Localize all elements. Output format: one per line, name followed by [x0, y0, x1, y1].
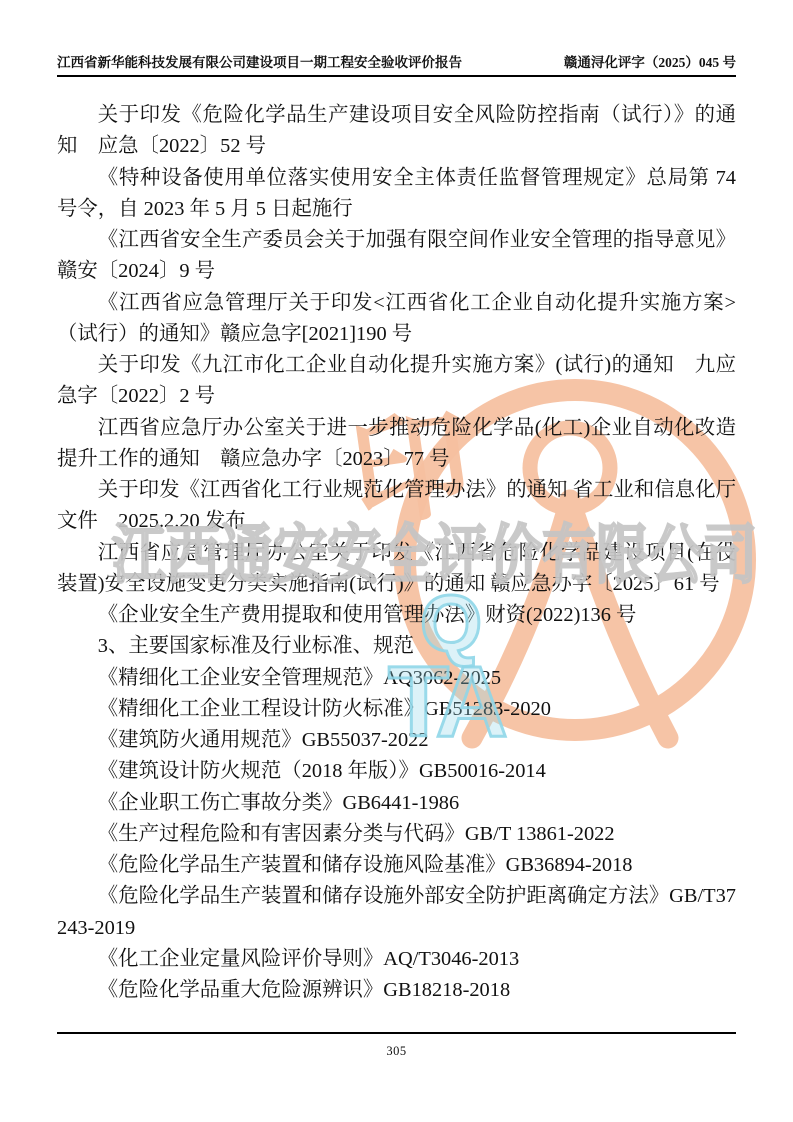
paragraph: 《危险化学品生产装置和储存设施风险基准》GB36894-2018 [57, 850, 736, 881]
document-page: 江西省新华能科技发展有限公司建设项目一期工程安全验收评价报告 赣通浔化评字（20… [0, 0, 793, 1122]
paragraph: 江西省应急管理厅办公室关于印发《江西省危险化学品建设项目(在役装置)安全设施变更… [57, 538, 736, 601]
paragraph: 关于印发《九江市化工企业自动化提升实施方案》(试行)的通知 九应急字〔2022〕… [57, 350, 736, 413]
paragraph: 《企业安全生产费用提取和使用管理办法》财资(2022)136 号 [57, 600, 736, 631]
paragraph: 《精细化工企业安全管理规范》AQ3062-2025 [57, 663, 736, 694]
paragraph: 《精细化工企业工程设计防火标准》GB51283-2020 [57, 694, 736, 725]
paragraph: 《危险化学品生产装置和储存设施外部安全防护距离确定方法》GB/T37243-20… [57, 881, 736, 944]
paragraph: 3、主要国家标准及行业标准、规范 [57, 631, 736, 662]
paragraph: 《江西省安全生产委员会关于加强有限空间作业安全管理的指导意见》赣安〔2024〕9… [57, 225, 736, 288]
document-body: 关于印发《危险化学品生产建设项目安全风险防控指南（试行）》的通知 应急〔2022… [57, 100, 736, 1006]
paragraph: 《建筑设计防火规范（2018 年版）》GB50016-2014 [57, 756, 736, 787]
paragraph: 关于印发《江西省化工行业规范化管理办法》的通知 省工业和信息化厅文件 2025.… [57, 475, 736, 538]
paragraph: 关于印发《危险化学品生产建设项目安全风险防控指南（试行）》的通知 应急〔2022… [57, 100, 736, 163]
paragraph: 《建筑防火通用规范》GB55037-2022 [57, 725, 736, 756]
paragraph: 江西省应急厅办公室关于进一步推动危险化学品(化工)企业自动化改造提升工作的通知 … [57, 413, 736, 476]
paragraph: 《化工企业定量风险评价导则》AQ/T3046-2013 [57, 944, 736, 975]
paragraph: 《特种设备使用单位落实使用安全主体责任监督管理规定》总局第 74 号令，自 20… [57, 163, 736, 226]
paragraph: 《企业职工伤亡事故分类》GB6441-1986 [57, 788, 736, 819]
paragraph: 《危险化学品重大危险源辨识》GB18218-2018 [57, 975, 736, 1006]
paragraph: 《江西省应急管理厅关于印发<江西省化工企业自动化提升实施方案>（试行）的通知》赣… [57, 288, 736, 351]
paragraph: 《生产过程危险和有害因素分类与代码》GB/T 13861-2022 [57, 819, 736, 850]
